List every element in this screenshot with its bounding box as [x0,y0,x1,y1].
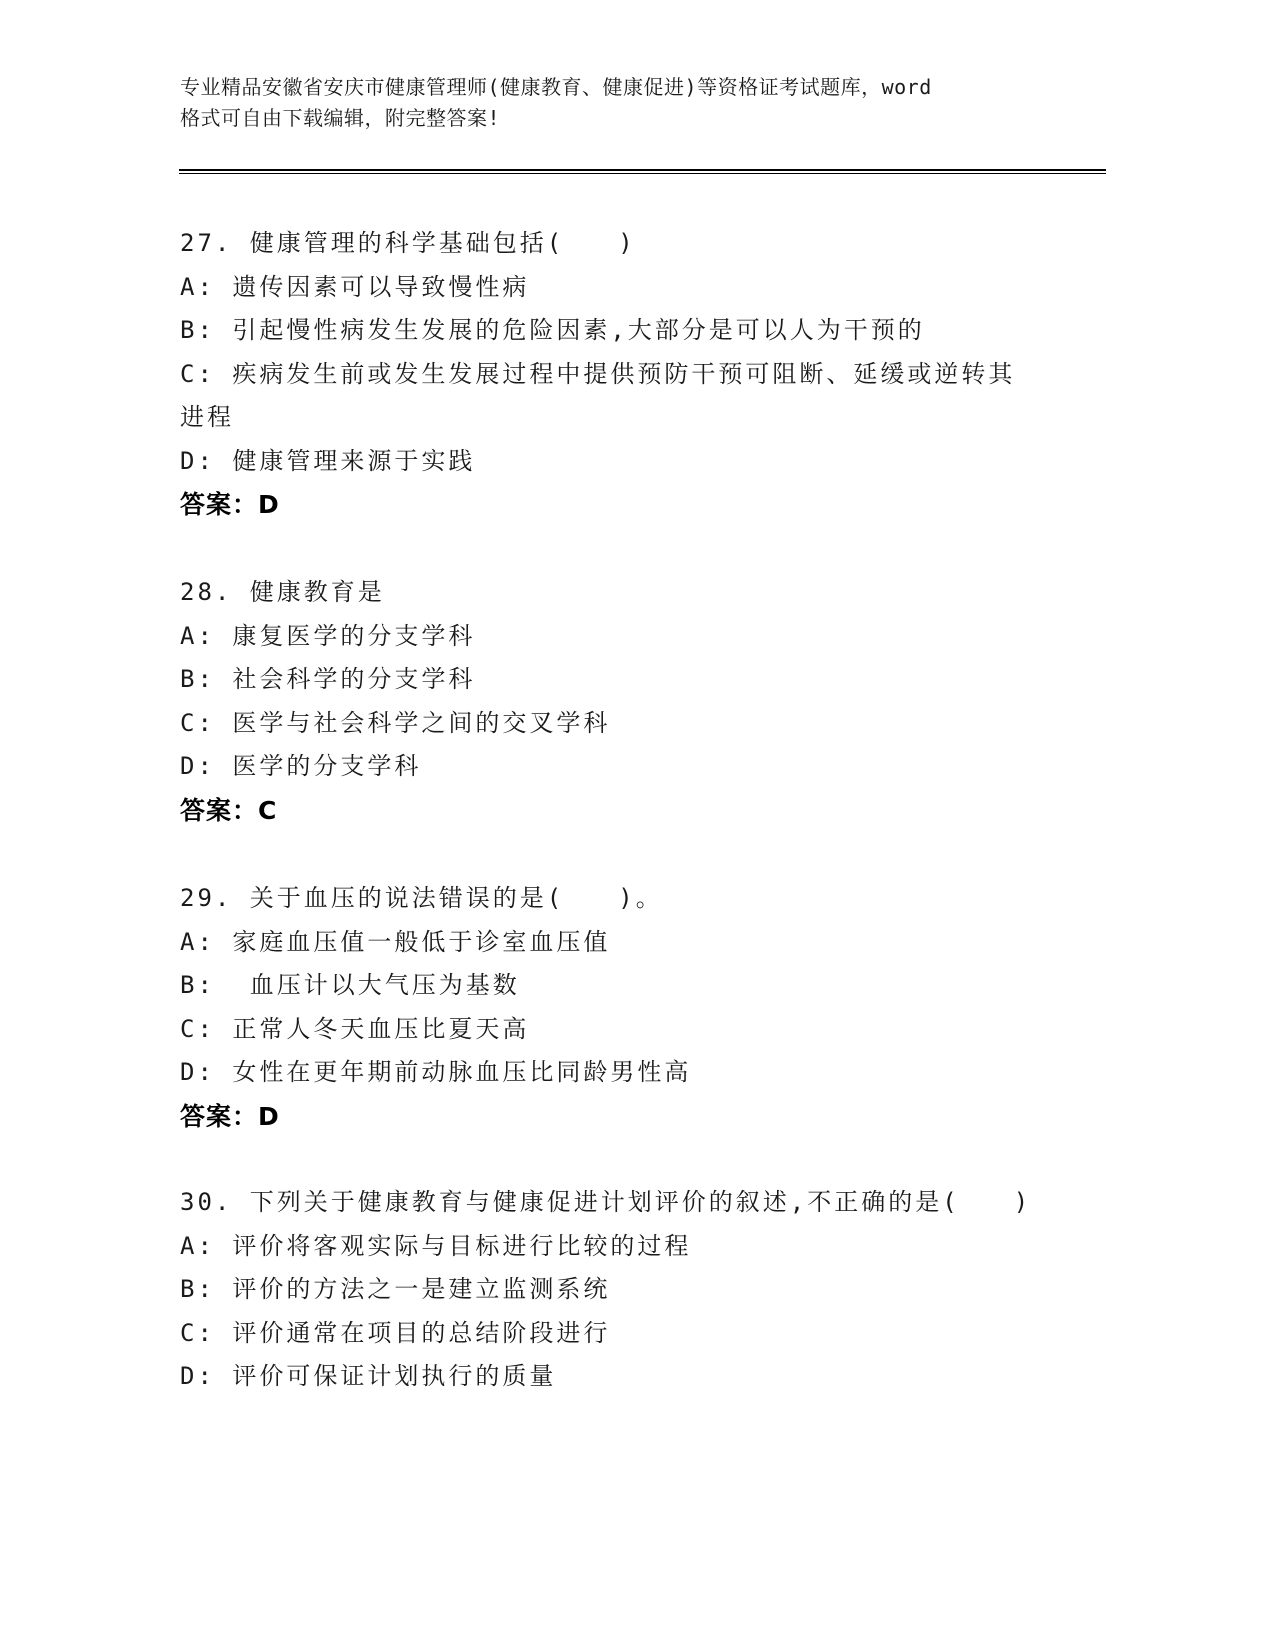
header-line-1: 专业精品安徽省安庆市健康管理师(健康教育、健康促进)等资格证考试题库，word [180,72,1060,103]
header-divider-thick [179,169,1106,171]
question-30: 30. 下列关于健康教育与健康促进计划评价的叙述,不正确的是( ) A: 评价将… [180,1181,1060,1399]
option-a: A: 家庭血压值一般低于诊室血压值 [180,921,1060,965]
answer-label: 答案：D [180,483,1060,527]
option-d: D: 医学的分支学科 [180,745,1060,789]
header-divider [179,169,1106,176]
question-29: 29. 关于血压的说法错误的是( )。 A: 家庭血压值一般低于诊室血压值 B:… [180,877,1060,1139]
question-stem: 27. 健康管理的科学基础包括( ) [180,222,1060,266]
question-27: 27. 健康管理的科学基础包括( ) A: 遗传因素可以导致慢性病 B: 引起慢… [180,222,1060,527]
option-a: A: 评价将客观实际与目标进行比较的过程 [180,1225,1060,1269]
question-28: 28. 健康教育是 A: 康复医学的分支学科 B: 社会科学的分支学科 C: 医… [180,571,1060,833]
answer-label: 答案：C [180,789,1060,833]
header-line-2: 格式可自由下载编辑，附完整答案! [180,103,1060,134]
option-c: C: 疾病发生前或发生发展过程中提供预防干预可阻断、延缓或逆转其 [180,353,1060,397]
option-b: B: 社会科学的分支学科 [180,658,1060,702]
option-c: C: 评价通常在项目的总结阶段进行 [180,1312,1060,1356]
option-c-continuation: 进程 [180,396,1060,440]
option-b: B: 血压计以大气压为基数 [180,964,1060,1008]
option-a: A: 康复医学的分支学科 [180,615,1060,659]
option-a: A: 遗传因素可以导致慢性病 [180,266,1060,310]
option-c: C: 医学与社会科学之间的交叉学科 [180,702,1060,746]
answer-label: 答案：D [180,1095,1060,1139]
option-d: D: 评价可保证计划执行的质量 [180,1355,1060,1399]
header-divider-thin [179,173,1106,174]
question-stem: 30. 下列关于健康教育与健康促进计划评价的叙述,不正确的是( ) [180,1181,1060,1225]
question-stem: 29. 关于血压的说法错误的是( )。 [180,877,1060,921]
document-header: 专业精品安徽省安庆市健康管理师(健康教育、健康促进)等资格证考试题库，word … [180,72,1060,134]
option-d: D: 女性在更年期前动脉血压比同龄男性高 [180,1051,1060,1095]
option-d: D: 健康管理来源于实践 [180,440,1060,484]
option-b: B: 引起慢性病发生发展的危险因素,大部分是可以人为干预的 [180,309,1060,353]
option-c: C: 正常人冬天血压比夏天高 [180,1008,1060,1052]
question-stem: 28. 健康教育是 [180,571,1060,615]
option-b: B: 评价的方法之一是建立监测系统 [180,1268,1060,1312]
